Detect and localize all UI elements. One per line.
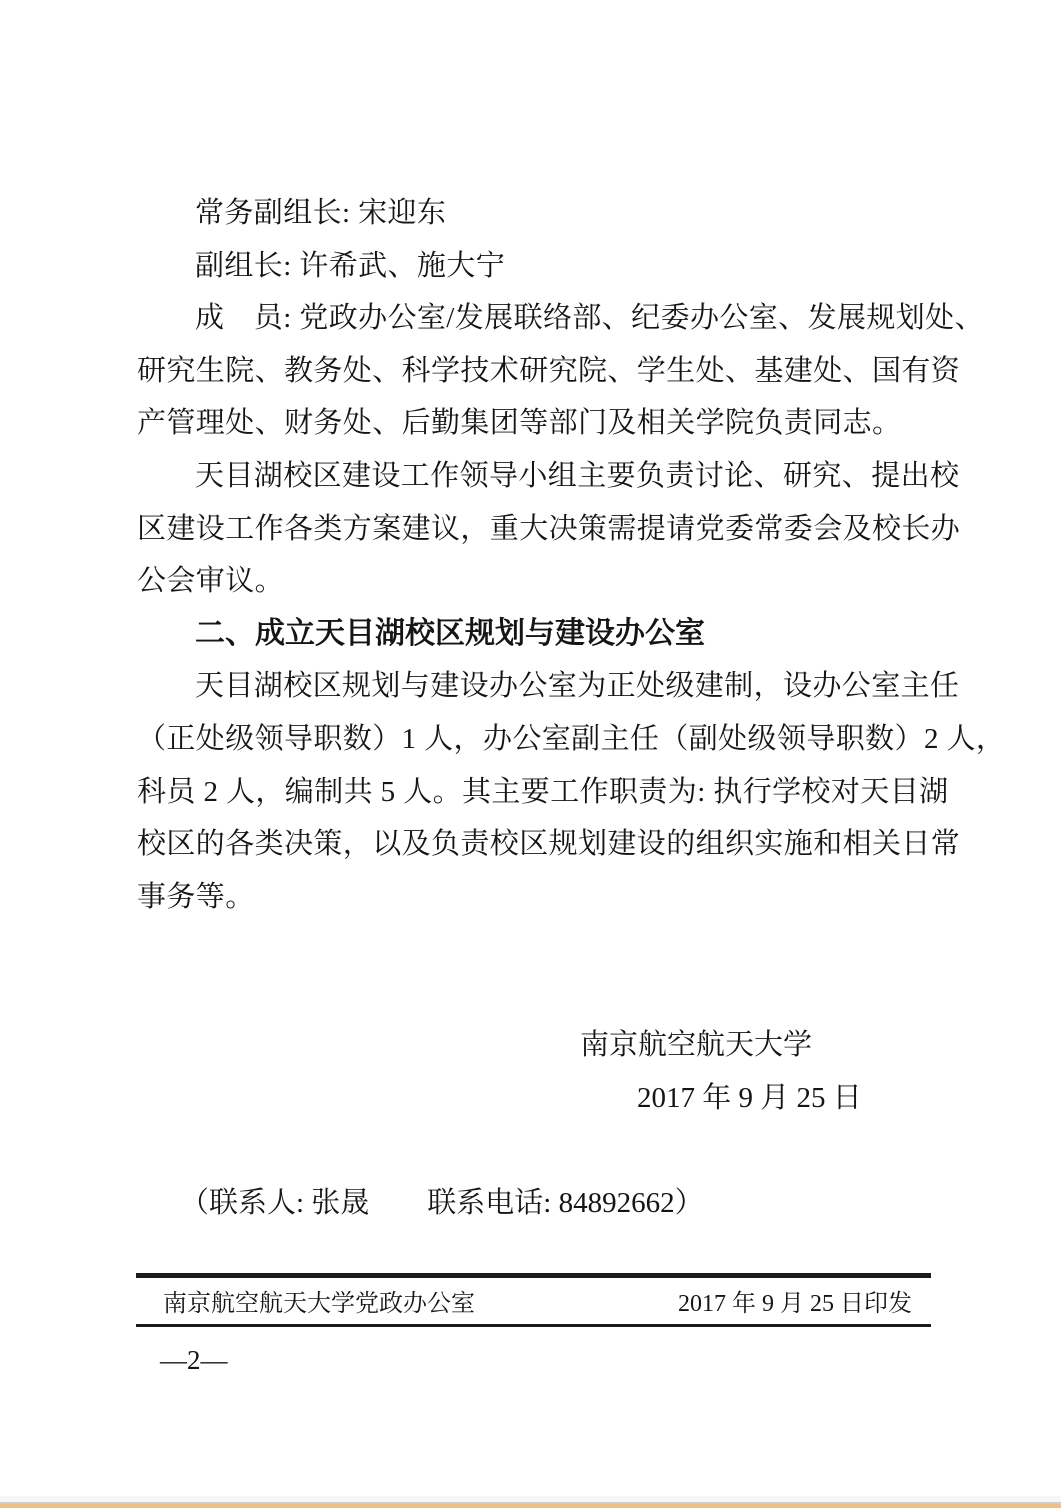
doc-line-13: 校区的各类决策，以及负责校区规划建设的组织实施和相关日常 xyxy=(137,818,949,871)
contact-line: （联系人: 张晟 联系电话: 84892662） xyxy=(180,1177,704,1230)
signature-block: 南京航空航天大学 2017 年 9 月 25 日 xyxy=(580,1019,862,1124)
doc-line-5: 产管理处、财务处、后勤集团等部门及相关学院负责同志。 xyxy=(137,397,949,450)
doc-line-7: 区建设工作各类方案建议，重大决策需提请党委常委会及校长办 xyxy=(137,503,949,556)
doc-line-12: 科员 2 人，编制共 5 人。其主要工作职责为: 执行学校对天目湖 xyxy=(137,766,949,819)
doc-line-2: 副组长: 许希武、施大宁 xyxy=(137,240,949,293)
doc-line-14: 事务等。 xyxy=(137,871,949,924)
doc-line-11: （正处级领导职数）1 人，办公室副主任（副处级领导职数）2 人， xyxy=(137,713,949,766)
footer-print-date: 2017 年 9 月 25 日印发 xyxy=(678,1289,912,1319)
doc-line-8: 公会审议。 xyxy=(137,555,949,608)
footer-rule-bottom xyxy=(136,1324,931,1327)
footer-row: 南京航空航天大学党政办公室 2017 年 9 月 25 日印发 xyxy=(163,1289,912,1319)
document-page: 常务副组长: 宋迎东副组长: 许希武、施大宁成 员: 党政办公室/发展联络部、纪… xyxy=(0,0,1061,1508)
section-heading: 二、成立天目湖校区规划与建设办公室 xyxy=(137,608,949,661)
page-number: —2— xyxy=(160,1342,228,1378)
doc-line-3: 成 员: 党政办公室/发展联络部、纪委办公室、发展规划处、 xyxy=(137,292,949,345)
viewport-bottom-tan-line xyxy=(0,1504,1061,1508)
document-body: 常务副组长: 宋迎东副组长: 许希武、施大宁成 员: 党政办公室/发展联络部、纪… xyxy=(137,187,949,923)
signature-org: 南京航空航天大学 xyxy=(580,1019,862,1072)
footer-rule-top xyxy=(136,1273,931,1278)
doc-line-10: 天目湖校区规划与建设办公室为正处级建制，设办公室主任 xyxy=(137,660,949,713)
doc-line-1: 常务副组长: 宋迎东 xyxy=(137,187,949,240)
signature-date: 2017 年 9 月 25 日 xyxy=(637,1072,862,1125)
footer-issuer: 南京航空航天大学党政办公室 xyxy=(163,1289,475,1319)
doc-line-6: 天目湖校区建设工作领导小组主要负责讨论、研究、提出校 xyxy=(137,450,949,503)
doc-line-4: 研究生院、教务处、科学技术研究院、学生处、基建处、国有资 xyxy=(137,345,949,398)
